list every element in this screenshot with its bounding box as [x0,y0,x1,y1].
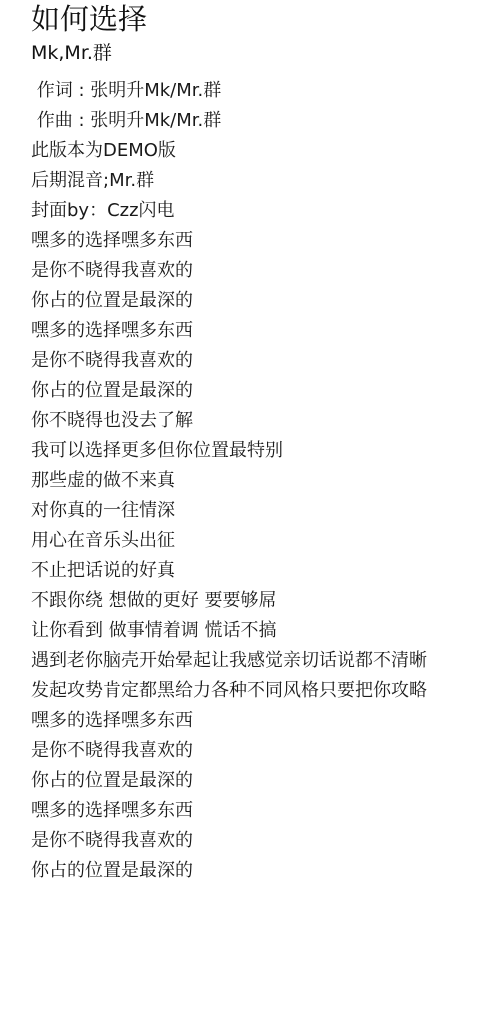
lyric-line: 不跟你绕 想做的更好 要要够屌 [31,586,500,616]
lyric-line: 是你不晓得我喜欢的 [31,736,500,766]
lyric-line: 作曲 : 张明升Mk/Mr.群 [31,106,500,136]
lyric-line: 是你不晓得我喜欢的 [31,346,500,376]
lyric-line: 对你真的一往情深 [31,496,500,526]
lyric-line: 你占的位置是最深的 [31,856,500,886]
lyric-line: 用心在音乐头出征 [31,526,500,556]
lyrics-page: 如何选择 Mk,Mr.群 作词 : 张明升Mk/Mr.群 作曲 : 张明升Mk/… [31,0,500,886]
lyric-line: 你占的位置是最深的 [31,376,500,406]
lyric-line: 不止把话说的好真 [31,556,500,586]
lyric-line: 嘿多的选择嘿多东西 [31,226,500,256]
song-title: 如何选择 [31,1,500,37]
lyric-line: 遇到老你脑壳开始晕起让我感觉亲切话说都不清晰 [31,646,500,676]
lyrics-list: 作词 : 张明升Mk/Mr.群 作曲 : 张明升Mk/Mr.群 此版本为DEMO… [31,76,500,886]
lyric-line: 此版本为DEMO版 [31,136,500,166]
lyric-line: 你不晓得也没去了解 [31,406,500,436]
lyric-line: 发起攻势肯定都黑给力各种不同风格只要把你攻略 [31,676,500,706]
lyric-line: 你占的位置是最深的 [31,286,500,316]
lyric-line: 是你不晓得我喜欢的 [31,256,500,286]
song-artist: Mk,Mr.群 [31,38,500,68]
lyric-line: 嘿多的选择嘿多东西 [31,796,500,826]
lyric-line: 嘿多的选择嘿多东西 [31,706,500,736]
lyric-line: 封面by：Czz闪电 [31,196,500,226]
lyric-line: 后期混音;Mr.群 [31,166,500,196]
lyric-line: 我可以选择更多但你位置最特别 [31,436,500,466]
lyric-line: 你占的位置是最深的 [31,766,500,796]
lyric-line: 作词 : 张明升Mk/Mr.群 [31,76,500,106]
lyric-line: 让你看到 做事情着调 慌话不搞 [31,616,500,646]
lyric-line: 是你不晓得我喜欢的 [31,826,500,856]
lyric-line: 嘿多的选择嘿多东西 [31,316,500,346]
lyric-line: 那些虚的做不来真 [31,466,500,496]
